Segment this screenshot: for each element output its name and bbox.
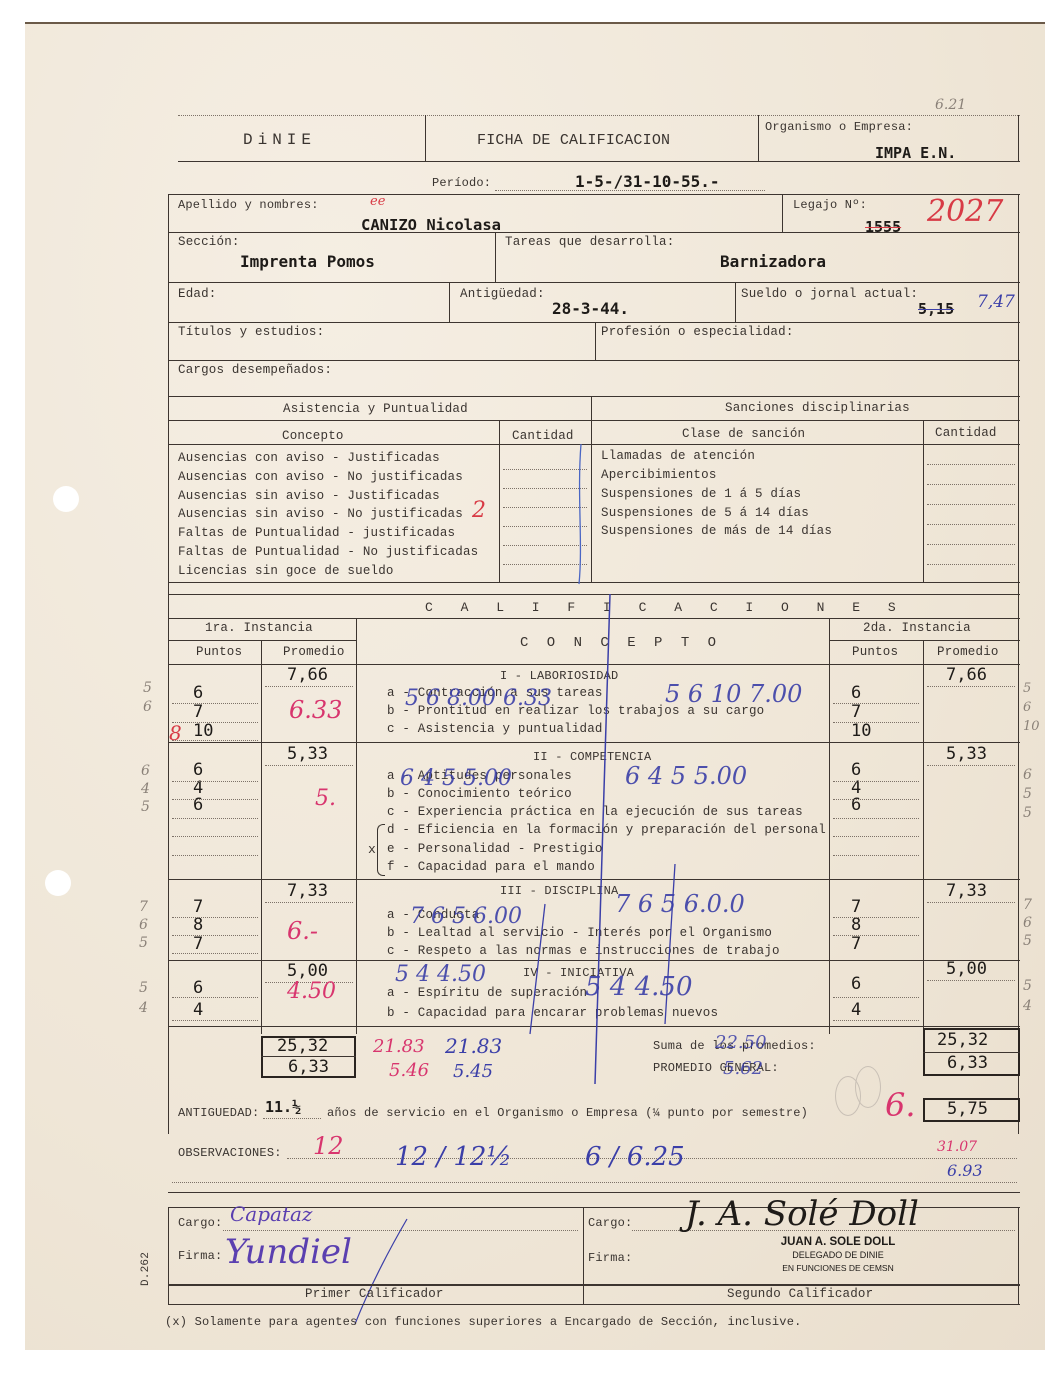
margin-notes-left: 56	[143, 679, 152, 717]
rule	[168, 1192, 1020, 1193]
handwritten-promedio: 5.45	[453, 1061, 493, 1082]
observaciones-note: 12	[313, 1132, 344, 1160]
primer-firma-label: Firma:	[178, 1249, 222, 1263]
antiguedad-label: ANTIGUEDAD:	[178, 1106, 259, 1120]
rule	[168, 1284, 1020, 1286]
antiguedad-text: años de servicio en el Organismo o Empre…	[327, 1106, 808, 1120]
antiguedad-handwritten: 6.	[885, 1086, 916, 1124]
antiguedad-years: 11.½	[265, 1098, 301, 1116]
segundo-firma-label: Firma:	[588, 1251, 632, 1265]
rule	[1018, 1207, 1019, 1304]
stamp-line: EN FUNCIONES DE CEMSN	[763, 1262, 913, 1275]
segundo-cargo-label: Cargo:	[588, 1216, 632, 1230]
margin-notes-right: 5610	[1023, 679, 1040, 736]
pencil-circle	[855, 1066, 881, 1108]
primer-firma-signature: Yundiel	[225, 1232, 352, 1272]
handwritten-suma: 22.50	[715, 1032, 767, 1053]
form-code: D.262	[140, 1252, 152, 1286]
handwritten-suma: 21.83	[445, 1034, 502, 1058]
document-page: DiNIE FICHA DE CALIFICACION Organismo o …	[25, 22, 1045, 1350]
margin-notes-left: 765	[139, 898, 148, 952]
handwritten-suma: 21.83	[373, 1036, 425, 1057]
footnote: (x) Solamente para agentes con funciones…	[165, 1315, 802, 1329]
promedio-general-1: 6,33	[288, 1057, 329, 1077]
margin-notes-left: 54	[139, 978, 148, 1018]
handwritten-promedio: 5.62	[723, 1058, 763, 1079]
margin-notes-right: 54	[1023, 976, 1032, 1016]
primer-cargo-value: Capataz	[230, 1202, 312, 1226]
margin-notes-right: 655	[1023, 766, 1032, 823]
stamp-line: JUAN A. SOLE DOLL	[763, 1236, 913, 1249]
observaciones-note: 31.07	[937, 1139, 977, 1155]
suma-promedios-2: 25,32	[937, 1030, 988, 1050]
observaciones-note: 12 / 12½	[395, 1142, 512, 1172]
stamp-line: DELEGADO DE DINIE	[763, 1249, 913, 1262]
primer-cargo-label: Cargo:	[178, 1216, 222, 1230]
segundo-firma-signature: J. A. Solé Doll	[685, 1194, 919, 1234]
margin-notes-right: 765	[1023, 896, 1032, 950]
official-stamp: JUAN A. SOLE DOLL DELEGADO DE DINIE EN F…	[763, 1236, 913, 1275]
rule	[168, 1304, 1020, 1305]
observaciones-label: OBSERVACIONES:	[178, 1146, 282, 1160]
suma-promedios-1: 25,32	[277, 1036, 328, 1056]
handwritten-promedio: 5.46	[389, 1060, 429, 1081]
observaciones-note: 6 / 6.25	[585, 1142, 685, 1172]
segundo-calificador-footer: Segundo Calificador	[727, 1287, 873, 1301]
observaciones-note: 6.93	[947, 1161, 983, 1180]
antiguedad-puntos: 5,75	[947, 1099, 988, 1119]
rule	[172, 1182, 1017, 1183]
rule	[263, 1118, 321, 1119]
rule	[168, 1207, 169, 1304]
rule	[583, 1207, 584, 1304]
primer-calificador-footer: Primer Calificador	[305, 1287, 444, 1301]
rule	[223, 1230, 578, 1231]
margin-note-red: 8	[169, 721, 182, 745]
promedio-general-2: 6,33	[947, 1053, 988, 1073]
margin-notes-left: 645	[141, 762, 150, 816]
